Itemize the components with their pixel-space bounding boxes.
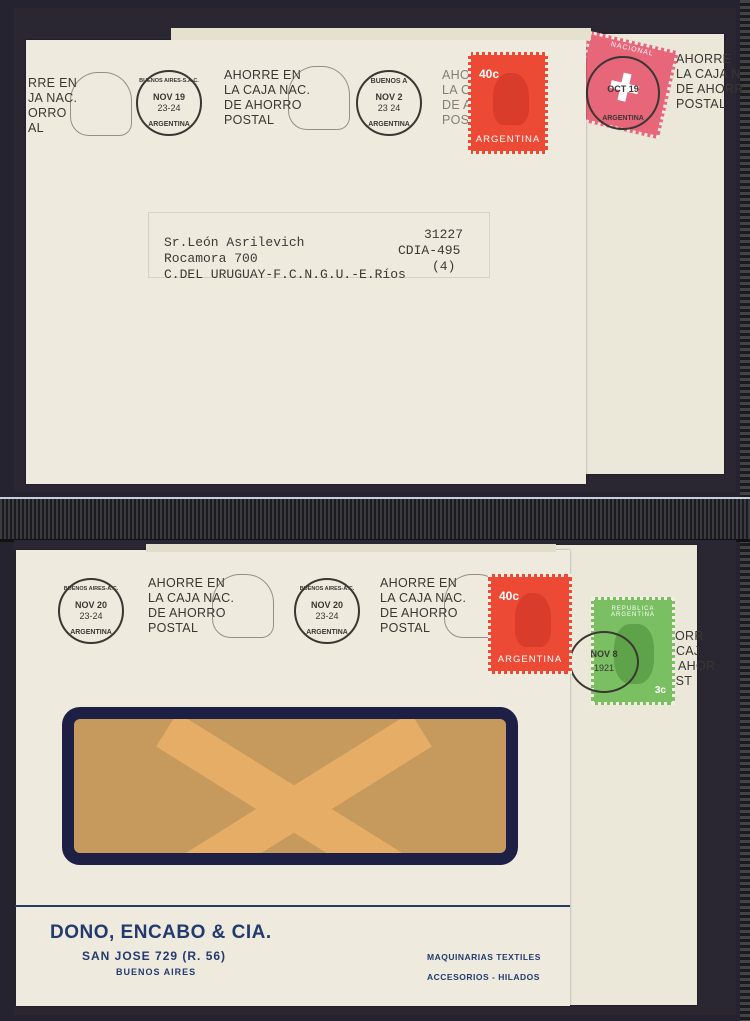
torn-flap — [146, 544, 556, 552]
company-address: SAN JOSE 729 (R. 56) — [82, 949, 226, 963]
cover-top-front: RRE EN JA NAC. ORRO AL BUENOS AIRES-S.A.… — [26, 40, 586, 484]
business-line-1: MAQUINARIAS TEXTILES — [427, 952, 541, 962]
slogan-cancel-fragment: AHORRE LA CAJA N DE AHORR POSTAL — [676, 52, 744, 112]
postmark-nov-19: BUENOS AIRES-S.A.C. NOV 19 23-24 ARGENTI… — [136, 70, 202, 136]
stamp-40c-red: 40c ARGENTINA — [468, 52, 548, 154]
company-name: DONO, ENCABO & CIA. — [50, 922, 272, 944]
album-sleeve-rail — [0, 497, 750, 542]
stamp-40c-red: 40c ARGENTINA — [488, 574, 572, 674]
postmark-nov-8: NOV 8 1921 — [569, 631, 639, 693]
address-line-3: C.DEL URUGUAY-F.C.N.G.U.-E.Ríos — [164, 267, 406, 283]
saver-figure-icon — [70, 72, 132, 136]
postmark-oct: OCT 19 ARGENTINA — [586, 56, 660, 130]
saver-figure-icon — [288, 66, 350, 130]
address-line-1: Sr.León Asrilevich — [164, 235, 304, 251]
portrait-icon — [493, 73, 529, 125]
address-ref-3: (4) — [432, 259, 455, 275]
business-line-2: ACCESORIOS - HILADOS — [427, 972, 540, 982]
postmark-nov-2: BUENOS A NOV 2 23 24 ARGENTINA — [356, 70, 422, 136]
address-line-2: Rocamora 700 — [164, 251, 258, 267]
envelope-window — [62, 707, 518, 865]
postmark-nov-20-left: BUENOS AIRES-A.C. NOV 20 23-24 ARGENTINA — [58, 578, 124, 644]
address-ref-2: CDIA-495 — [398, 243, 460, 259]
portrait-icon — [515, 593, 551, 647]
letterhead-rule — [15, 905, 570, 907]
address-ref-1: 31227 — [424, 227, 463, 243]
torn-flap — [171, 28, 591, 40]
postmark-nov-20-right: BUENOS AIRES-A.C. NOV 20 23-24 ARGENTINA — [294, 578, 360, 644]
company-city: BUENOS AIRES — [116, 967, 196, 977]
saver-figure-icon — [212, 574, 274, 638]
